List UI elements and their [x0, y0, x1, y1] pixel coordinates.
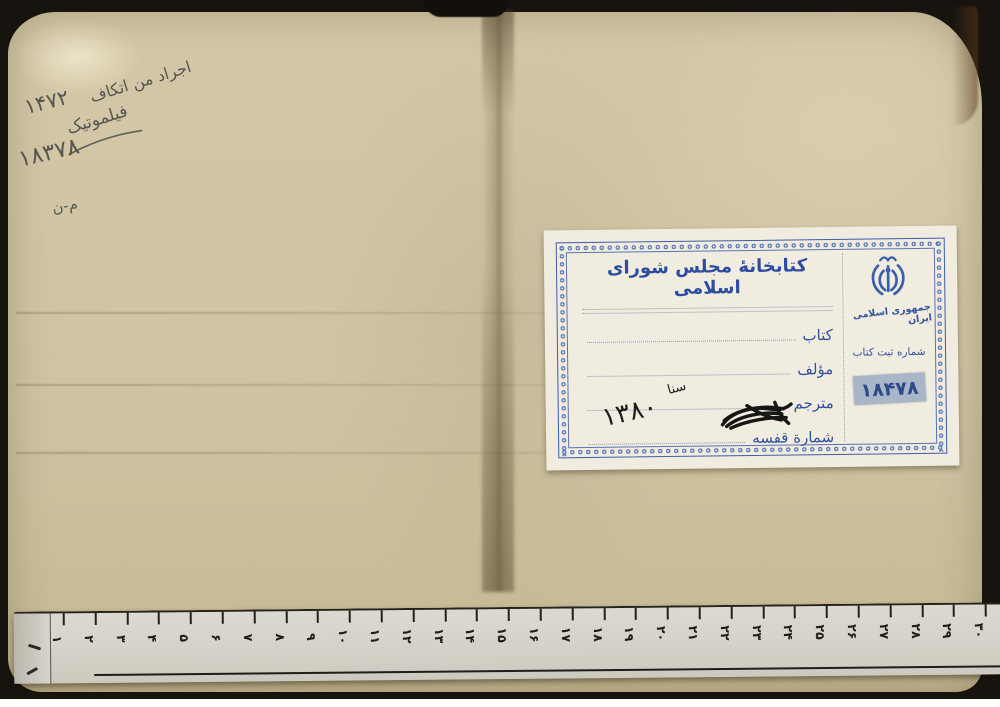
ruler-number: ۲۶ [839, 621, 865, 643]
ruler-number: ۸ [266, 626, 292, 648]
ruler-tick [635, 608, 637, 620]
ruler-tick [253, 611, 255, 623]
crossed-out-scribble [717, 397, 797, 433]
ruler-tick [476, 609, 478, 621]
book-gutter-shadow [482, 10, 514, 592]
ruler-tick [285, 611, 287, 623]
ruler-number: ۴ [139, 627, 165, 649]
ruler-tick [794, 606, 796, 618]
ruler-number: ۱۹ [616, 623, 642, 645]
ruler-number: ۲۸ [902, 620, 928, 642]
bookplate-side-column: جمهوری اسلامی ایران شماره ثبت کتاب ۱۸۴۷۸ [842, 252, 933, 441]
ruler-end-mark [26, 667, 38, 675]
ruler-tick [126, 613, 128, 625]
ruler-number: ۲۹ [934, 620, 960, 642]
ruler-tick [826, 606, 828, 618]
registration-number-value: ۱۸۴۷۸ [860, 377, 919, 402]
ruler-number: ۳۰ [966, 619, 992, 641]
ruler-tick [94, 613, 96, 625]
ruler-tick [508, 609, 510, 621]
spine-top-shadow [424, 0, 508, 17]
ruler-number: ۲۵ [807, 621, 833, 643]
ruler-groove-line [94, 665, 1000, 676]
ruler-number: ۱۶ [521, 624, 547, 646]
ruler-tick [381, 610, 383, 622]
ruler-tick [953, 605, 955, 617]
ruler-tick [222, 612, 224, 624]
ruler-tick [190, 612, 192, 624]
library-bookplate: جمهوری اسلامی ایران شماره ثبت کتاب ۱۸۴۷۸… [544, 225, 960, 470]
ruler-number: ۲۷ [871, 620, 897, 642]
ruler-number: ۱۴ [457, 624, 483, 646]
centimeter-ruler: ۱۲۳۴۵۶۷۸۹۱۰۱۱۱۲۱۳۱۴۱۵۱۶۱۷۱۸۱۹۲۰۲۱۲۲۲۳۲۴۲… [14, 602, 1000, 684]
ruler-tick [317, 611, 319, 623]
ruler-number: ۱ [44, 628, 70, 650]
ruler-tick [349, 611, 351, 623]
ruler-tick [889, 605, 891, 617]
ruler-tick [921, 605, 923, 617]
field-dotted-line [588, 442, 745, 445]
ruler-tick [985, 604, 987, 616]
ruler-tick [540, 609, 542, 621]
ruler-number: ۶ [203, 627, 229, 649]
iran-national-emblem-icon [865, 254, 912, 305]
country-calligraphy: جمهوری اسلامی ایران [845, 301, 933, 333]
field-dotted-line [587, 374, 790, 377]
ruler-tick [412, 610, 414, 622]
field-label-book: کتاب [802, 326, 833, 345]
ruler-number: ۱۸ [584, 623, 610, 645]
registration-number-stamp: ۱۸۴۷۸ [853, 372, 926, 405]
ruler-tick [858, 606, 860, 618]
scanned-book-cover: اجراد من اتکاف فیلموتیک ۱۴۷۲ ۱۸۳۷۸ م-ن [0, 0, 1000, 707]
ruler-number: ۱۱ [362, 625, 388, 647]
ruler-number: ۱۰ [330, 626, 356, 648]
field-label-shelf-number: شمارة قفسه [752, 428, 834, 448]
field-row-author: مؤلف [583, 345, 833, 382]
ruler-tick [571, 608, 573, 620]
paper-crease [16, 384, 554, 386]
ruler-number: ۲ [76, 628, 102, 650]
ruler-number: ۵ [171, 627, 197, 649]
field-label-translator: مترجم [793, 394, 833, 413]
ruler-number: ۱۷ [553, 623, 579, 645]
ruler-tick [699, 607, 701, 619]
ruler-end-mark [28, 644, 41, 651]
ruler-tick [667, 608, 669, 620]
ruler-number: ۱۵ [489, 624, 515, 646]
ruler-number: ۲۴ [775, 621, 801, 643]
bookplate-main-column: کتابخانهٔ مجلس شورای اسلامی کتاب مؤلف مت… [570, 253, 844, 444]
ruler-tick [158, 612, 160, 624]
registration-number-label: شماره ثبت کتاب [853, 346, 926, 359]
ruler-number: ۲۳ [743, 622, 769, 644]
ruler-number: ۲۲ [712, 622, 738, 644]
field-row-book: کتاب [583, 311, 833, 348]
ruler-number: ۱۳ [425, 625, 451, 647]
ruler-number: ۱۲ [394, 625, 420, 647]
ruler-tick [762, 607, 764, 619]
ruler-number: ۷ [235, 626, 261, 648]
ruler-tick [444, 610, 446, 622]
ruler-number: ۳ [107, 628, 133, 650]
ruler-tick [63, 613, 65, 625]
ruler-number: ۲۰ [648, 622, 674, 644]
spine-edge [952, 6, 978, 126]
field-label-author: مؤلف [797, 360, 833, 379]
library-title: کتابخانهٔ مجلس شورای اسلامی [582, 255, 832, 300]
ruler-tick [603, 608, 605, 620]
ruler-number: ۹ [298, 626, 324, 648]
ruler-number: ۲۱ [680, 622, 706, 644]
ruler-tick [730, 607, 732, 619]
field-dotted-line [587, 339, 796, 343]
